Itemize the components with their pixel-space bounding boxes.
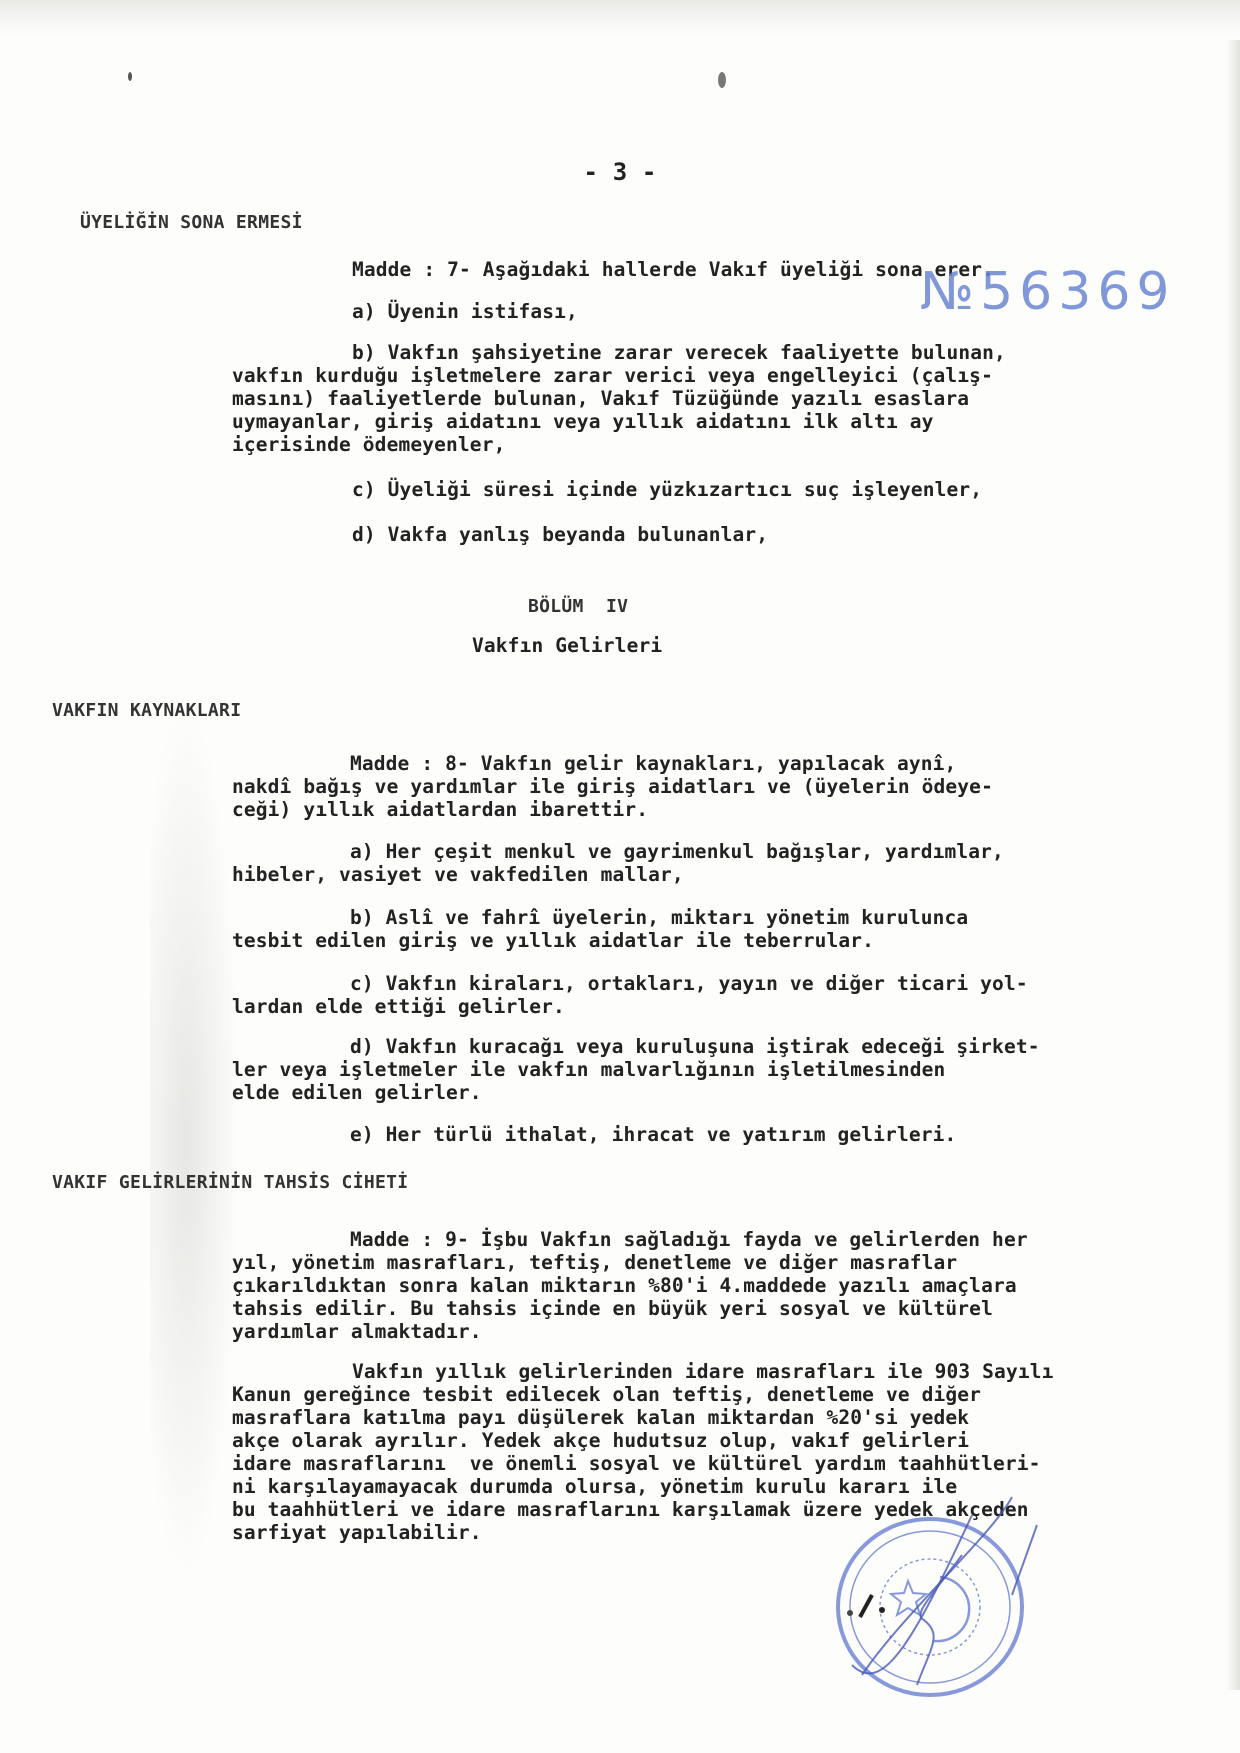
article-8-line: ceği) yıllık aidatlardan ibarettir. xyxy=(232,798,648,821)
article-7-item-c: c) Üyeliği süresi içinde yüzkızartıcı su… xyxy=(352,478,982,501)
article-9-line: tahsis edilir. Bu tahsis içinde en büyük… xyxy=(232,1297,993,1320)
reserve-line: sarfiyat yapılabilir. xyxy=(232,1521,482,1544)
speck xyxy=(128,72,132,81)
article-8-item-a-line: a) Her çeşit menkul ve gayrimenkul bağış… xyxy=(350,840,1004,863)
article-7-item-b-line: vakfın kurduğu işletmelere zarar verici … xyxy=(232,364,993,387)
section-heading-allocation: VAKIF GELİRLERİNİN TAHSİS CİHETİ xyxy=(52,1172,408,1193)
article-8-item-d-line: elde edilen gelirler. xyxy=(232,1081,482,1104)
scan-smudge-left xyxy=(150,700,240,1580)
speck xyxy=(718,72,726,88)
article-9-line: yardımlar almaktadır. xyxy=(232,1320,482,1343)
page-number: - 3 - xyxy=(0,158,1240,186)
article-7-item-b-line: b) Vakfın şahsiyetine zarar verecek faal… xyxy=(352,341,1006,364)
article-7: Madde : 7- Aşağıdaki hallerde Vakıf üyel… xyxy=(352,258,994,281)
article-8-item-d-line: ler veya işletmeler ile vakfın malvarlığ… xyxy=(232,1058,945,1081)
article-8-item-e: e) Her türlü ithalat, ihracat ve yatırım… xyxy=(350,1123,956,1146)
seal-icon xyxy=(822,1495,1042,1705)
article-7-item-d: d) Vakfa yanlış beyanda bulunanlar, xyxy=(352,523,768,546)
reserve-line: Vakfın yıllık gelirlerinden idare masraf… xyxy=(352,1360,1054,1383)
section-heading-sources: VAKFIN KAYNAKLARI xyxy=(52,700,241,721)
registration-number: №56369 xyxy=(920,262,1176,322)
reserve-line: idare masraflarını ve önemli sosyal ve k… xyxy=(232,1452,1041,1475)
article-8-line: Madde : 8- Vakfın gelir kaynakları, yapı… xyxy=(350,752,956,775)
scan-edge-top xyxy=(0,0,1240,40)
article-8-item-b-line: tesbit edilen giriş ve yıllık aidatlar i… xyxy=(232,929,874,952)
article-8-item-a-line: hibeler, vasiyet ve vakfedilen mallar, xyxy=(232,863,684,886)
article-8-item-c-line: c) Vakfın kiraları, ortakları, yayın ve … xyxy=(350,972,1028,995)
article-8-line: nakdî bağış ve yardımlar ile giriş aidat… xyxy=(232,775,993,798)
registration-stamp: №56369 xyxy=(920,262,1176,322)
article-9-line: yıl, yönetim masrafları, teftiş, denetle… xyxy=(232,1251,957,1274)
article-7-item-b-line: içerisinde ödemeyenler, xyxy=(232,433,505,456)
section-heading-membership-end: ÜYELİĞİN SONA ERMESİ xyxy=(80,212,303,233)
reserve-line: masraflara katılma payı düşülerek kalan … xyxy=(232,1406,969,1429)
reserve-line: akçe olarak ayrılır. Yedek akçe hudutsuz… xyxy=(232,1429,969,1452)
article-7-item-b-line: masını) faaliyetlerde bulunan, Vakıf Tüz… xyxy=(232,387,969,410)
notary-seal xyxy=(822,1495,1042,1705)
article-8-item-c-line: lardan elde ettiği gelirler. xyxy=(232,995,565,1018)
reserve-line: Kanun gereğince tesbit edilecek olan tef… xyxy=(232,1383,981,1406)
part-title: BÖLÜM IV xyxy=(528,596,628,617)
article-7-item-b-line: uymayanlar, giriş aidatını veya yıllık a… xyxy=(232,410,934,433)
article-7-item-a: a) Üyenin istifası, xyxy=(352,300,578,323)
article-9-line: Madde : 9- İşbu Vakfın sağladığı fayda v… xyxy=(350,1228,1028,1251)
part-subtitle: Vakfın Gelirleri xyxy=(472,634,662,657)
scan-edge-right xyxy=(1226,40,1240,1690)
article-8-item-d-line: d) Vakfın kuracağı veya kuruluşuna iştir… xyxy=(350,1035,1040,1058)
article-8-item-b-line: b) Aslî ve fahrî üyelerin, miktarı yönet… xyxy=(350,906,968,929)
article-9-line: çıkarıldıktan sonra kalan miktarın %80'i… xyxy=(232,1274,1017,1297)
